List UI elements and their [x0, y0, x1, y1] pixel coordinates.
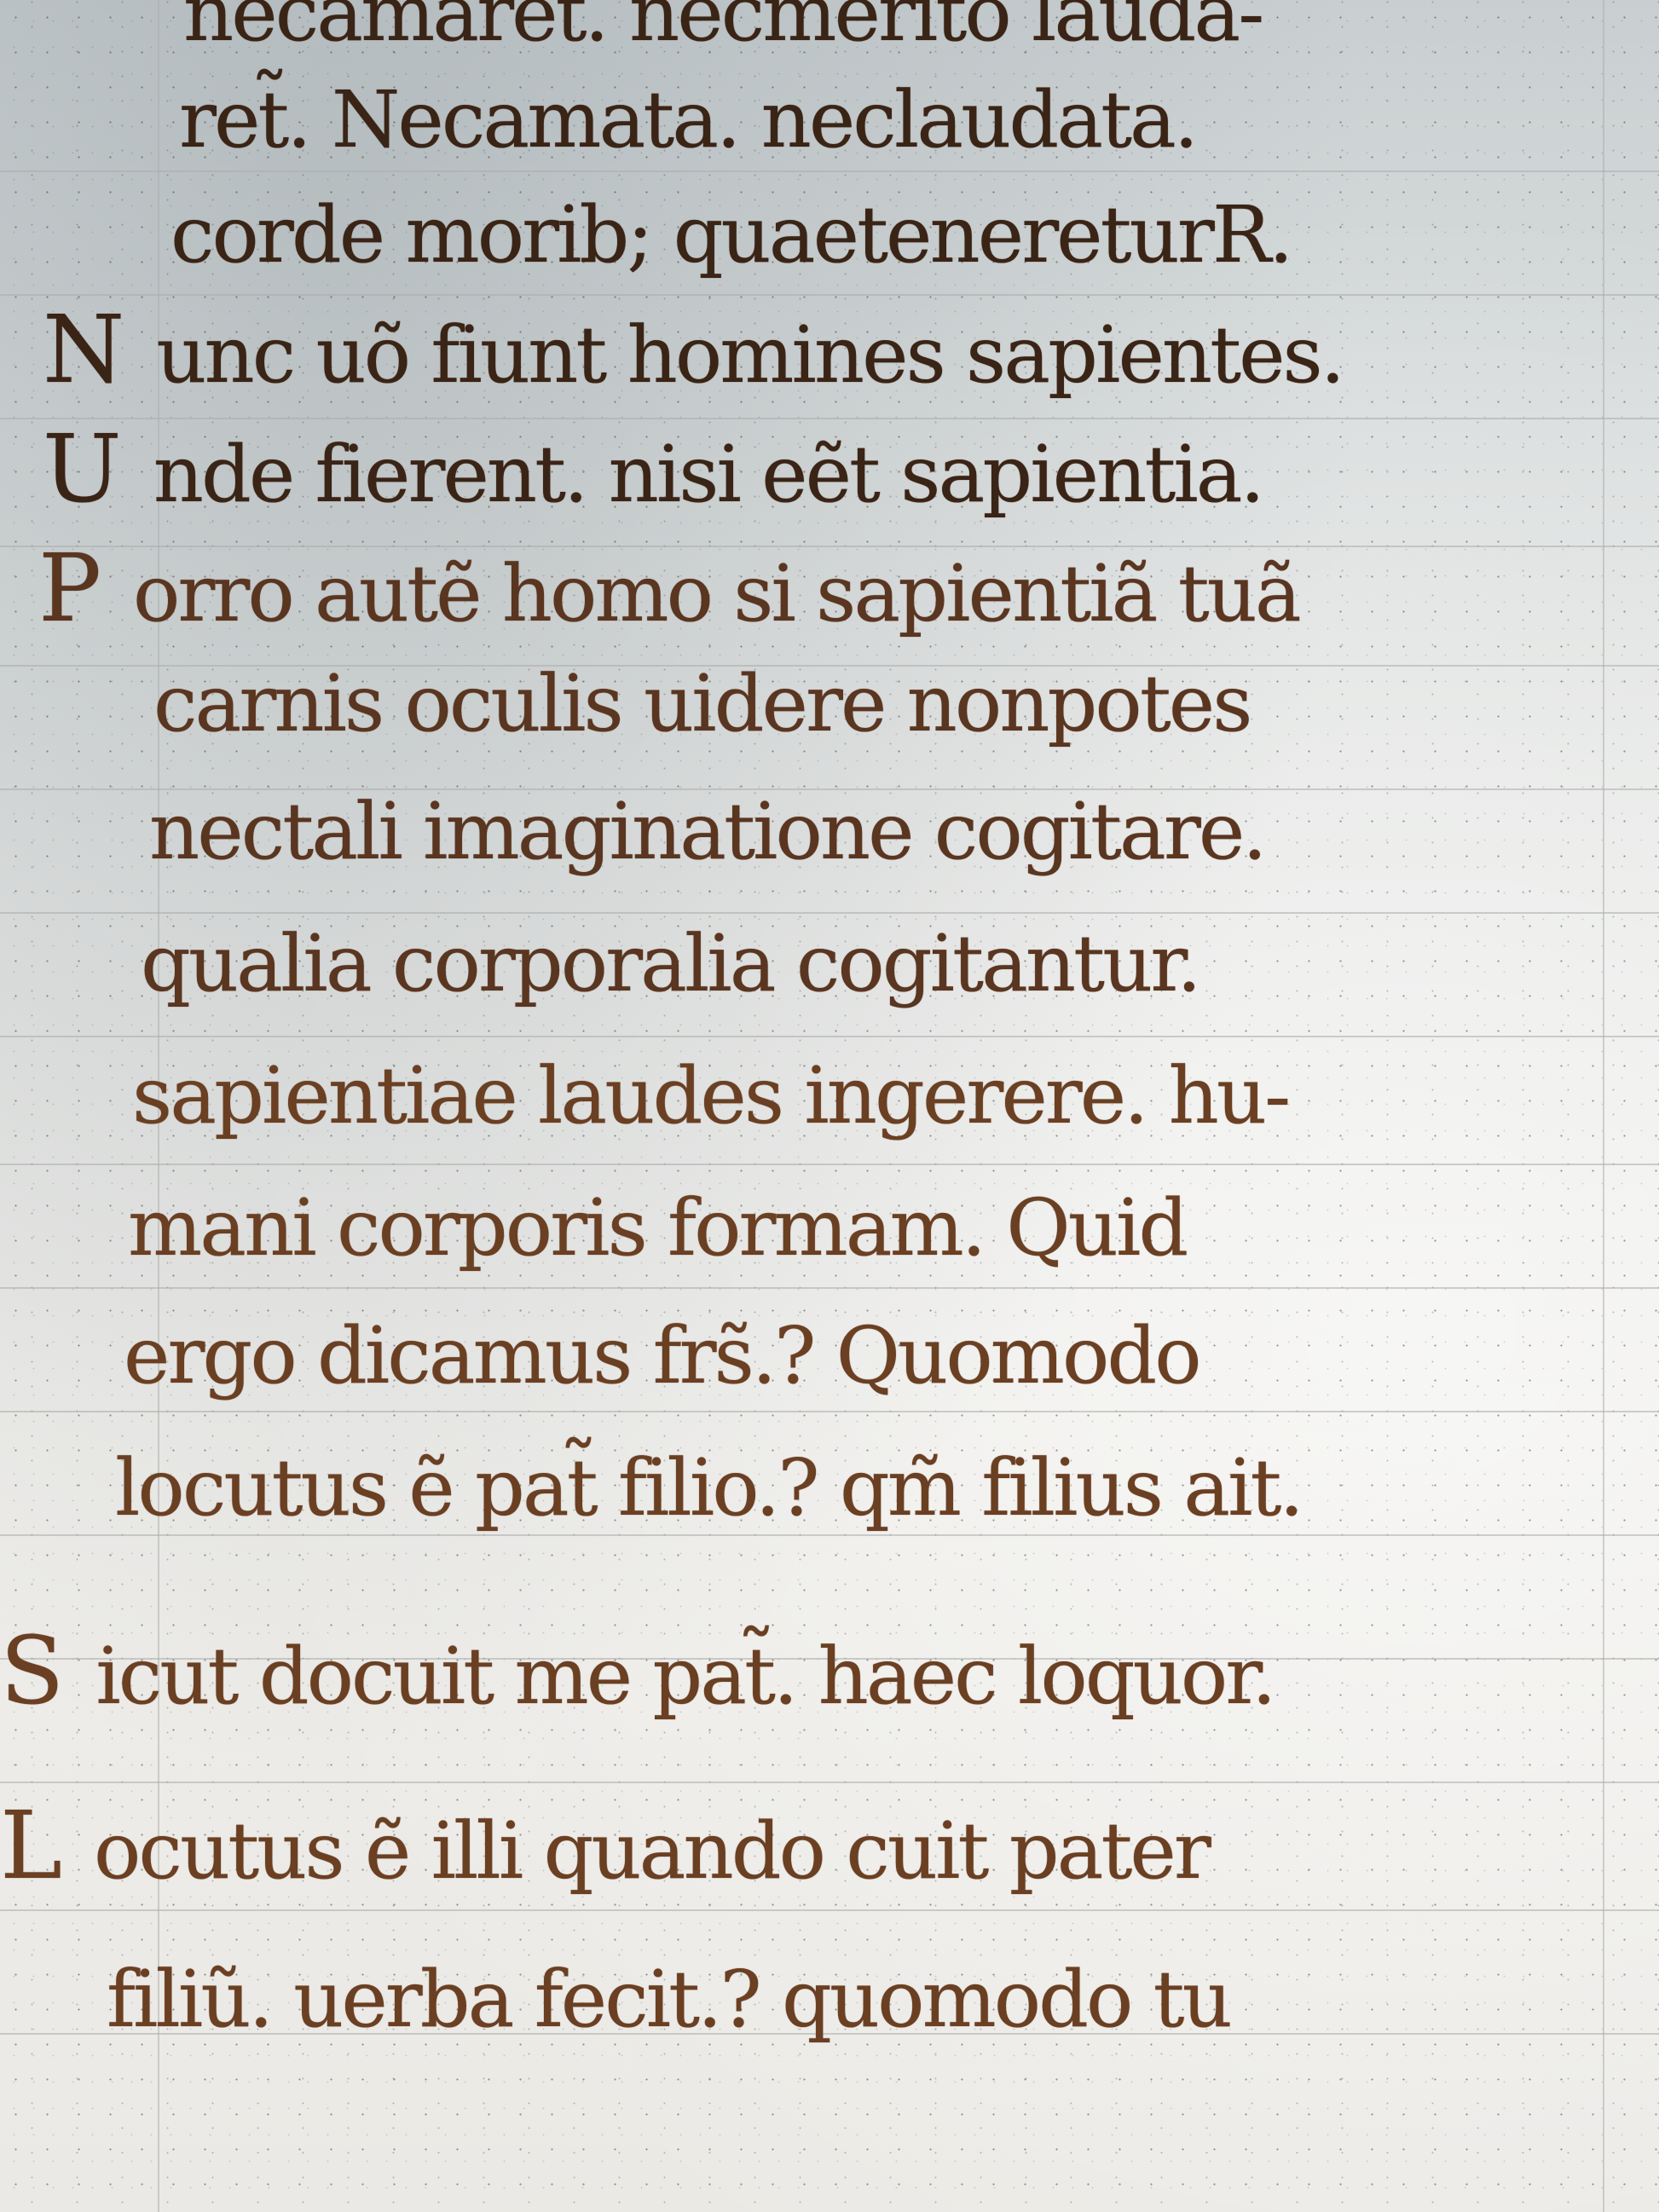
line-text: nde fierent. nisi eẽt sapientia. [153, 429, 1263, 520]
line-text: ergo dicamus frs̃.? Quomodo [124, 1310, 1199, 1401]
line-text: corde morib; quaetenereturR. [171, 189, 1291, 280]
ruling-line [0, 1782, 1659, 1783]
manuscript-line-1: necamaret. necmerito lauda- [183, 0, 1262, 53]
ruling-line [0, 294, 1659, 296]
margin-rule [1603, 0, 1604, 2212]
manuscript-line-8: nectali imaginatione cogitare. [149, 793, 1265, 871]
ruling-line [0, 1164, 1659, 1165]
manuscript-line-14: Sicut docuit me pat̃. haec loquor. [0, 1624, 1274, 1718]
line-text: filiũ. uerba fecit.? quomodo tu [107, 1954, 1230, 2045]
ruling-line [0, 418, 1659, 419]
line-text: qualia corporalia cogitantur. [141, 918, 1199, 1009]
line-text: unc uõ fiunt homines sapientes. [156, 309, 1343, 401]
manuscript-line-12: ergo dicamus frs̃.? Quomodo [124, 1317, 1199, 1395]
line-text: locutus ẽ pat̃ filio.? qm̃ filius ait. [115, 1442, 1302, 1533]
manuscript-line-6: Porro autẽ homo si sapientiã tuã [38, 541, 1299, 635]
manuscript-line-10: sapientiae laudes ingerere. hu- [132, 1057, 1288, 1135]
line-text: ocutus ẽ illi quando cuit pater [94, 1805, 1209, 1897]
ruling-line [0, 1287, 1659, 1289]
ruling-line [0, 1036, 1659, 1037]
line-text: icut docuit me pat̃. haec loquor. [95, 1631, 1274, 1722]
manuscript-line-11: mani corporis formam. Quid [128, 1189, 1186, 1268]
initial-letter: S [0, 1624, 61, 1718]
ruling-line [0, 170, 1659, 172]
ruling-line [0, 1534, 1659, 1536]
manuscript-line-15: Locutus ẽ illi quando cuit pater [0, 1799, 1209, 1892]
initial-letter: U [43, 422, 119, 516]
manuscript-line-3: corde morib; quaetenereturR. [171, 196, 1291, 274]
initial-letter: L [0, 1799, 60, 1892]
line-text: mani corporis formam. Quid [128, 1182, 1186, 1273]
manuscript-page: necamaret. necmerito lauda- ret̃. Necama… [0, 0, 1659, 2212]
line-text: ret̃. Necamata. neclaudata. [179, 74, 1196, 165]
ruling-line [0, 1411, 1659, 1412]
line-text: necamaret. necmerito lauda- [183, 0, 1262, 59]
ruling-line [0, 1909, 1659, 1911]
manuscript-line-5: Unde fierent. nisi eẽt sapientia. [43, 422, 1263, 516]
manuscript-line-9: qualia corporalia cogitantur. [141, 925, 1199, 1003]
manuscript-line-4: Nunc uõ fiunt homines sapientes. [43, 303, 1343, 396]
manuscript-line-13: locutus ẽ pat̃ filio.? qm̃ filius ait. [115, 1449, 1302, 1528]
initial-letter: P [38, 541, 99, 635]
manuscript-line-16: filiũ. uerba fecit.? quomodo tu [107, 1961, 1230, 2039]
initial-letter: N [43, 303, 122, 396]
line-text: orro autẽ homo si sapientiã tuã [133, 548, 1299, 639]
line-text: sapientiae laudes ingerere. hu- [132, 1050, 1288, 1141]
manuscript-line-7: carnis oculis uidere nonpotes [153, 665, 1250, 743]
line-text: carnis oculis uidere nonpotes [153, 658, 1250, 749]
ruling-line [0, 912, 1659, 914]
line-text: nectali imaginatione cogitare. [149, 786, 1265, 877]
manuscript-line-2: ret̃. Necamata. neclaudata. [179, 81, 1196, 159]
